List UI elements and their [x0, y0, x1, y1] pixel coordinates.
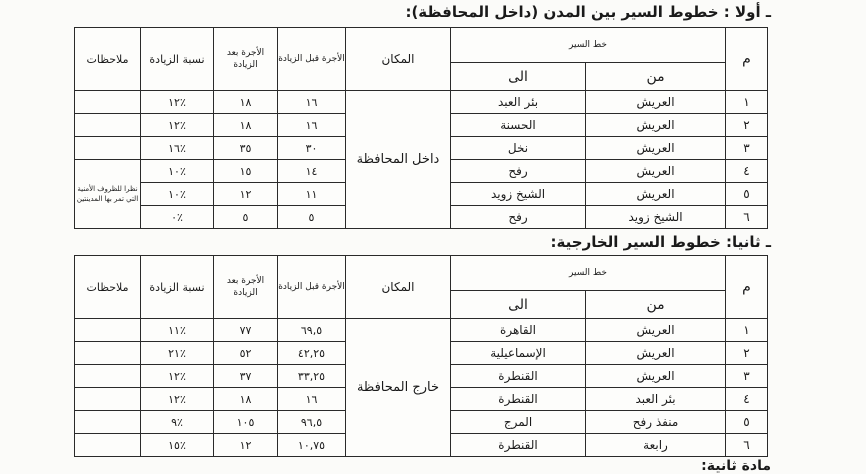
row-to: رفح — [451, 206, 586, 229]
row-to: القنطرة — [451, 388, 586, 411]
row-place: داخل المحافظة — [346, 91, 451, 229]
row-notes — [75, 388, 141, 411]
security-note: نظرا للظروف الأمنية التي تمر بها المدينت… — [75, 160, 141, 229]
row-index: ٤ — [726, 388, 768, 411]
row-fare-before: ٤٢,٢٥ — [278, 342, 346, 365]
row-increase-pct: ٪١٢ — [141, 91, 214, 114]
row-increase-pct: ٪٠ — [141, 206, 214, 229]
row-from: العريش — [586, 114, 726, 137]
section1-heading: ـ أولا : خطوط السير بين المدن (داخل المح… — [405, 3, 771, 21]
row-fare-after: ١٨ — [214, 388, 278, 411]
header-index: م — [726, 256, 768, 319]
row-fare-before: ١٦ — [278, 114, 346, 137]
row-fare-after: ١٢ — [214, 434, 278, 457]
header-notes: ملاحظات — [75, 256, 141, 319]
header-fare-after: الأجرة بعد الزيادة — [214, 256, 278, 319]
external-routes-table: م خط السير المكان الأجرة قبل الزيادة الأ… — [74, 255, 768, 457]
row-fare-before: ٣٣,٢٥ — [278, 365, 346, 388]
row-index: ٢ — [726, 342, 768, 365]
row-increase-pct: ٪١٢ — [141, 388, 214, 411]
row-notes — [75, 137, 141, 160]
row-fare-before: ٩٦,٥ — [278, 411, 346, 434]
row-index: ٥ — [726, 183, 768, 206]
header-place: المكان — [346, 256, 451, 319]
row-to: الحسنة — [451, 114, 586, 137]
row-notes — [75, 91, 141, 114]
header-from: من — [586, 63, 726, 91]
header-from: من — [586, 291, 726, 319]
row-fare-before: ١٦ — [278, 388, 346, 411]
row-from: رابعة — [586, 434, 726, 457]
row-increase-pct: ٪١٦ — [141, 137, 214, 160]
intra-governorate-routes-table: م خط السير المكان الأجرة قبل الزيادة الأ… — [74, 27, 768, 229]
header-to: الى — [451, 291, 586, 319]
row-from: بئر العبد — [586, 388, 726, 411]
header-fare-before: الأجرة قبل الزيادة — [278, 256, 346, 319]
row-index: ٦ — [726, 206, 768, 229]
row-increase-pct: ٪٩ — [141, 411, 214, 434]
row-fare-after: ١٠٥ — [214, 411, 278, 434]
table-row: ١ العريش القاهرة خارج المحافظة ٦٩,٥ ٧٧ ٪… — [75, 319, 768, 342]
row-increase-pct: ٪٢١ — [141, 342, 214, 365]
row-index: ٦ — [726, 434, 768, 457]
header-route: خط السير — [451, 256, 726, 291]
row-to: نخل — [451, 137, 586, 160]
row-to: القنطرة — [451, 365, 586, 388]
row-from: العريش — [586, 91, 726, 114]
row-to: رفح — [451, 160, 586, 183]
row-fare-after: ١٨ — [214, 114, 278, 137]
row-fare-before: ١٦ — [278, 91, 346, 114]
row-from: العريش — [586, 183, 726, 206]
row-index: ٢ — [726, 114, 768, 137]
row-fare-after: ٥ — [214, 206, 278, 229]
row-fare-before: ١١ — [278, 183, 346, 206]
header-increase-pct: نسبة الزيادة — [141, 256, 214, 319]
row-increase-pct: ٪١٠ — [141, 183, 214, 206]
row-fare-before: ٣٠ — [278, 137, 346, 160]
row-fare-after: ٥٢ — [214, 342, 278, 365]
row-index: ٥ — [726, 411, 768, 434]
table-row: ١ العريش بئر العبد داخل المحافظة ١٦ ١٨ ٪… — [75, 91, 768, 114]
row-fare-after: ١٥ — [214, 160, 278, 183]
row-to: القاهرة — [451, 319, 586, 342]
row-fare-after: ٣٥ — [214, 137, 278, 160]
row-increase-pct: ٪١٠ — [141, 160, 214, 183]
row-index: ٣ — [726, 365, 768, 388]
row-to: بئر العبد — [451, 91, 586, 114]
row-from: العريش — [586, 137, 726, 160]
row-fare-before: ٦٩,٥ — [278, 319, 346, 342]
row-notes — [75, 342, 141, 365]
row-notes — [75, 411, 141, 434]
row-fare-after: ١٢ — [214, 183, 278, 206]
row-increase-pct: ٪١٥ — [141, 434, 214, 457]
row-notes — [75, 434, 141, 457]
row-fare-after: ١٨ — [214, 91, 278, 114]
row-notes — [75, 319, 141, 342]
row-from: العريش — [586, 160, 726, 183]
row-from: العريش — [586, 319, 726, 342]
row-index: ٣ — [726, 137, 768, 160]
row-fare-before: ١٠,٧٥ — [278, 434, 346, 457]
article-two-heading: مادة ثانية: — [701, 458, 771, 474]
row-notes — [75, 365, 141, 388]
row-from: العريش — [586, 365, 726, 388]
header-route: خط السير — [451, 28, 726, 63]
row-fare-before: ١٤ — [278, 160, 346, 183]
row-to: الإسماعيلية — [451, 342, 586, 365]
row-increase-pct: ٪١١ — [141, 319, 214, 342]
row-from: منفذ رفح — [586, 411, 726, 434]
header-fare-after: الأجرة بعد الزيادة — [214, 28, 278, 91]
row-increase-pct: ٪١٢ — [141, 114, 214, 137]
row-to: المرج — [451, 411, 586, 434]
row-to: الشيخ زويد — [451, 183, 586, 206]
row-fare-after: ٣٧ — [214, 365, 278, 388]
row-to: القنطرة — [451, 434, 586, 457]
row-from: العريش — [586, 342, 726, 365]
row-index: ١ — [726, 91, 768, 114]
row-index: ١ — [726, 319, 768, 342]
header-increase-pct: نسبة الزيادة — [141, 28, 214, 91]
header-notes: ملاحظات — [75, 28, 141, 91]
row-place: خارج المحافظة — [346, 319, 451, 457]
header-to: الى — [451, 63, 586, 91]
row-fare-after: ٧٧ — [214, 319, 278, 342]
header-fare-before: الأجرة قبل الزيادة — [278, 28, 346, 91]
row-index: ٤ — [726, 160, 768, 183]
section2-heading: ـ ثانيا: خطوط السير الخارجية: — [551, 233, 771, 251]
row-notes — [75, 114, 141, 137]
header-index: م — [726, 28, 768, 91]
row-increase-pct: ٪١٢ — [141, 365, 214, 388]
header-place: المكان — [346, 28, 451, 91]
row-fare-before: ٥ — [278, 206, 346, 229]
row-from: الشيخ زويد — [586, 206, 726, 229]
